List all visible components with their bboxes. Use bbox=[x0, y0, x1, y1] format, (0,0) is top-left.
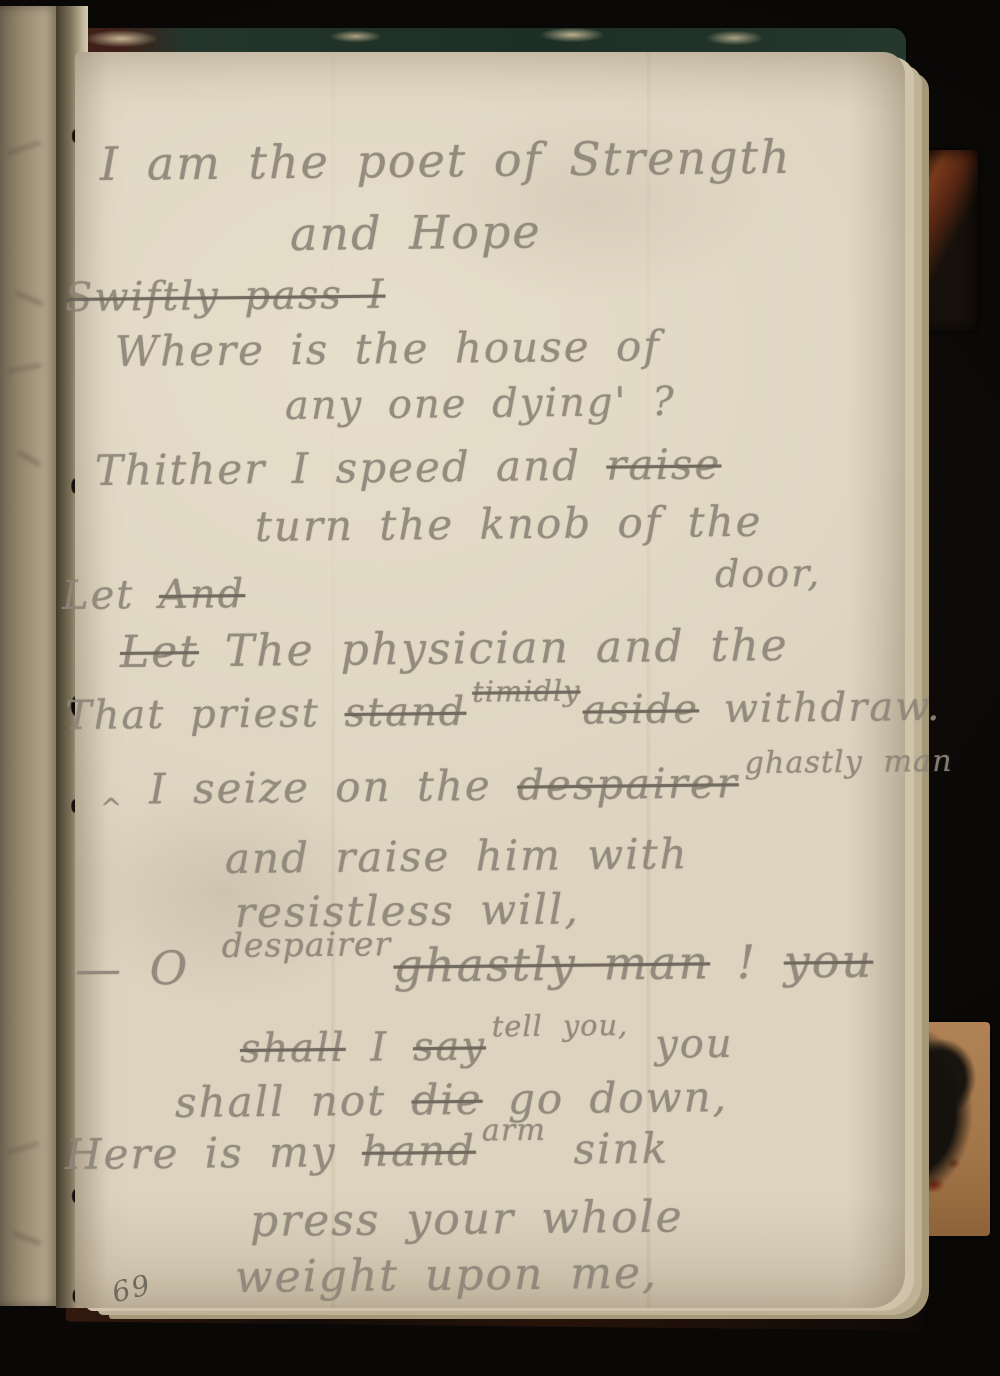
manuscript-line: Where is the house of bbox=[115, 319, 935, 376]
deleted-text: And bbox=[159, 571, 246, 618]
manuscript-line: shall I saytell you, you bbox=[240, 1018, 935, 1071]
handwritten-text: That bbox=[65, 692, 191, 739]
manuscript-line: ^ I seize on the despairerghastly man bbox=[100, 757, 935, 814]
handwritten-text: and raise him with bbox=[225, 829, 689, 883]
manuscript-line: and Hope bbox=[290, 201, 936, 261]
manuscript-line: That priest standtimidlyaside withdraw. bbox=[65, 684, 935, 739]
manuscript-line: — O despairerghastly man ! you bbox=[75, 934, 936, 996]
handwritten-text: shall not bbox=[175, 1075, 412, 1126]
deleted-text: shall bbox=[240, 1025, 346, 1072]
faint-writing-mark bbox=[12, 1231, 42, 1246]
handwritten-text: and Hope bbox=[290, 204, 542, 261]
faint-writing-mark bbox=[16, 450, 41, 467]
insertion-caret: ^ bbox=[100, 795, 124, 825]
deleted-text: despairer bbox=[517, 758, 739, 809]
manuscript-line: turn the knob of the bbox=[255, 496, 935, 551]
manuscript-line: Here is my handarm sink bbox=[65, 1122, 935, 1179]
inserted-text: tell you, bbox=[492, 1009, 629, 1044]
handwritten-text: Let bbox=[62, 572, 160, 619]
handwritten-text: The physician and the bbox=[199, 620, 789, 677]
facing-page-edge bbox=[0, 6, 58, 1306]
deleted-text: hand bbox=[362, 1126, 477, 1176]
handwritten-text: I bbox=[345, 1024, 413, 1071]
faint-writing-mark bbox=[14, 290, 43, 307]
manuscript-line: shall not die go down, bbox=[175, 1071, 935, 1127]
handwritten-text: press your whole bbox=[250, 1192, 684, 1248]
faint-writing-mark bbox=[6, 1141, 40, 1154]
handwritten-text: priest bbox=[190, 690, 345, 738]
manuscript-line: Let And bbox=[62, 564, 935, 619]
deleted-text: stand bbox=[344, 689, 466, 736]
handwritten-text: I seize on the bbox=[124, 761, 518, 814]
handwritten-text: you bbox=[630, 1021, 734, 1068]
deleted-text: you bbox=[784, 933, 874, 988]
notebook-photo: { "manuscript": { "page_number": "69", "… bbox=[0, 0, 1000, 1376]
manuscript-line: weight upon me, bbox=[235, 1246, 935, 1304]
manuscript-line: and raise him with bbox=[225, 828, 935, 884]
manuscript-line: press your whole bbox=[250, 1190, 935, 1248]
handwritten-text: sink bbox=[548, 1124, 669, 1174]
handwritten-text: Where is the house of bbox=[115, 321, 661, 376]
handwritten-text: I am the poet of Strength bbox=[100, 130, 792, 191]
deleted-text: say bbox=[413, 1023, 486, 1070]
handwritten-text: Thither I speed and bbox=[95, 441, 607, 495]
manuscript-line: any one dying' ? bbox=[285, 376, 935, 429]
handwritten-text: Here is my bbox=[65, 1127, 363, 1179]
faint-writing-mark bbox=[6, 141, 41, 156]
handwritten-text: ! bbox=[710, 934, 784, 989]
handwritten-text: — O bbox=[75, 940, 217, 995]
deleted-text: Let bbox=[120, 627, 199, 679]
inserted-text: arm bbox=[482, 1114, 547, 1149]
faint-writing-mark bbox=[8, 363, 42, 373]
manuscript-line: Let The physician and the bbox=[120, 620, 935, 679]
handwritten-text: turn the knob of the bbox=[255, 497, 763, 551]
handwritten-text: any one dying' ? bbox=[285, 379, 676, 429]
manuscript-text: I am the poet of Strengthand HopeSwiftly… bbox=[90, 0, 935, 1304]
handwritten-text: weight upon me, bbox=[235, 1247, 659, 1302]
deleted-text: Swiftly pass I bbox=[65, 271, 386, 320]
deleted-text: raise bbox=[606, 440, 721, 490]
manuscript-line: I am the poet of Strength bbox=[100, 129, 936, 191]
handwritten-text: withdraw. bbox=[699, 684, 942, 733]
inserted-text: despairer bbox=[222, 925, 392, 965]
inserted-text: ghastly man bbox=[744, 745, 952, 782]
deleted-text: aside bbox=[582, 686, 699, 733]
deleted-text: timidly bbox=[472, 675, 581, 709]
deleted-text: die bbox=[411, 1075, 483, 1125]
deleted-text: ghastly man bbox=[393, 935, 710, 992]
manuscript-line: Thither I speed and raise bbox=[95, 438, 935, 495]
manuscript-line: Swiftly pass I bbox=[65, 266, 935, 321]
